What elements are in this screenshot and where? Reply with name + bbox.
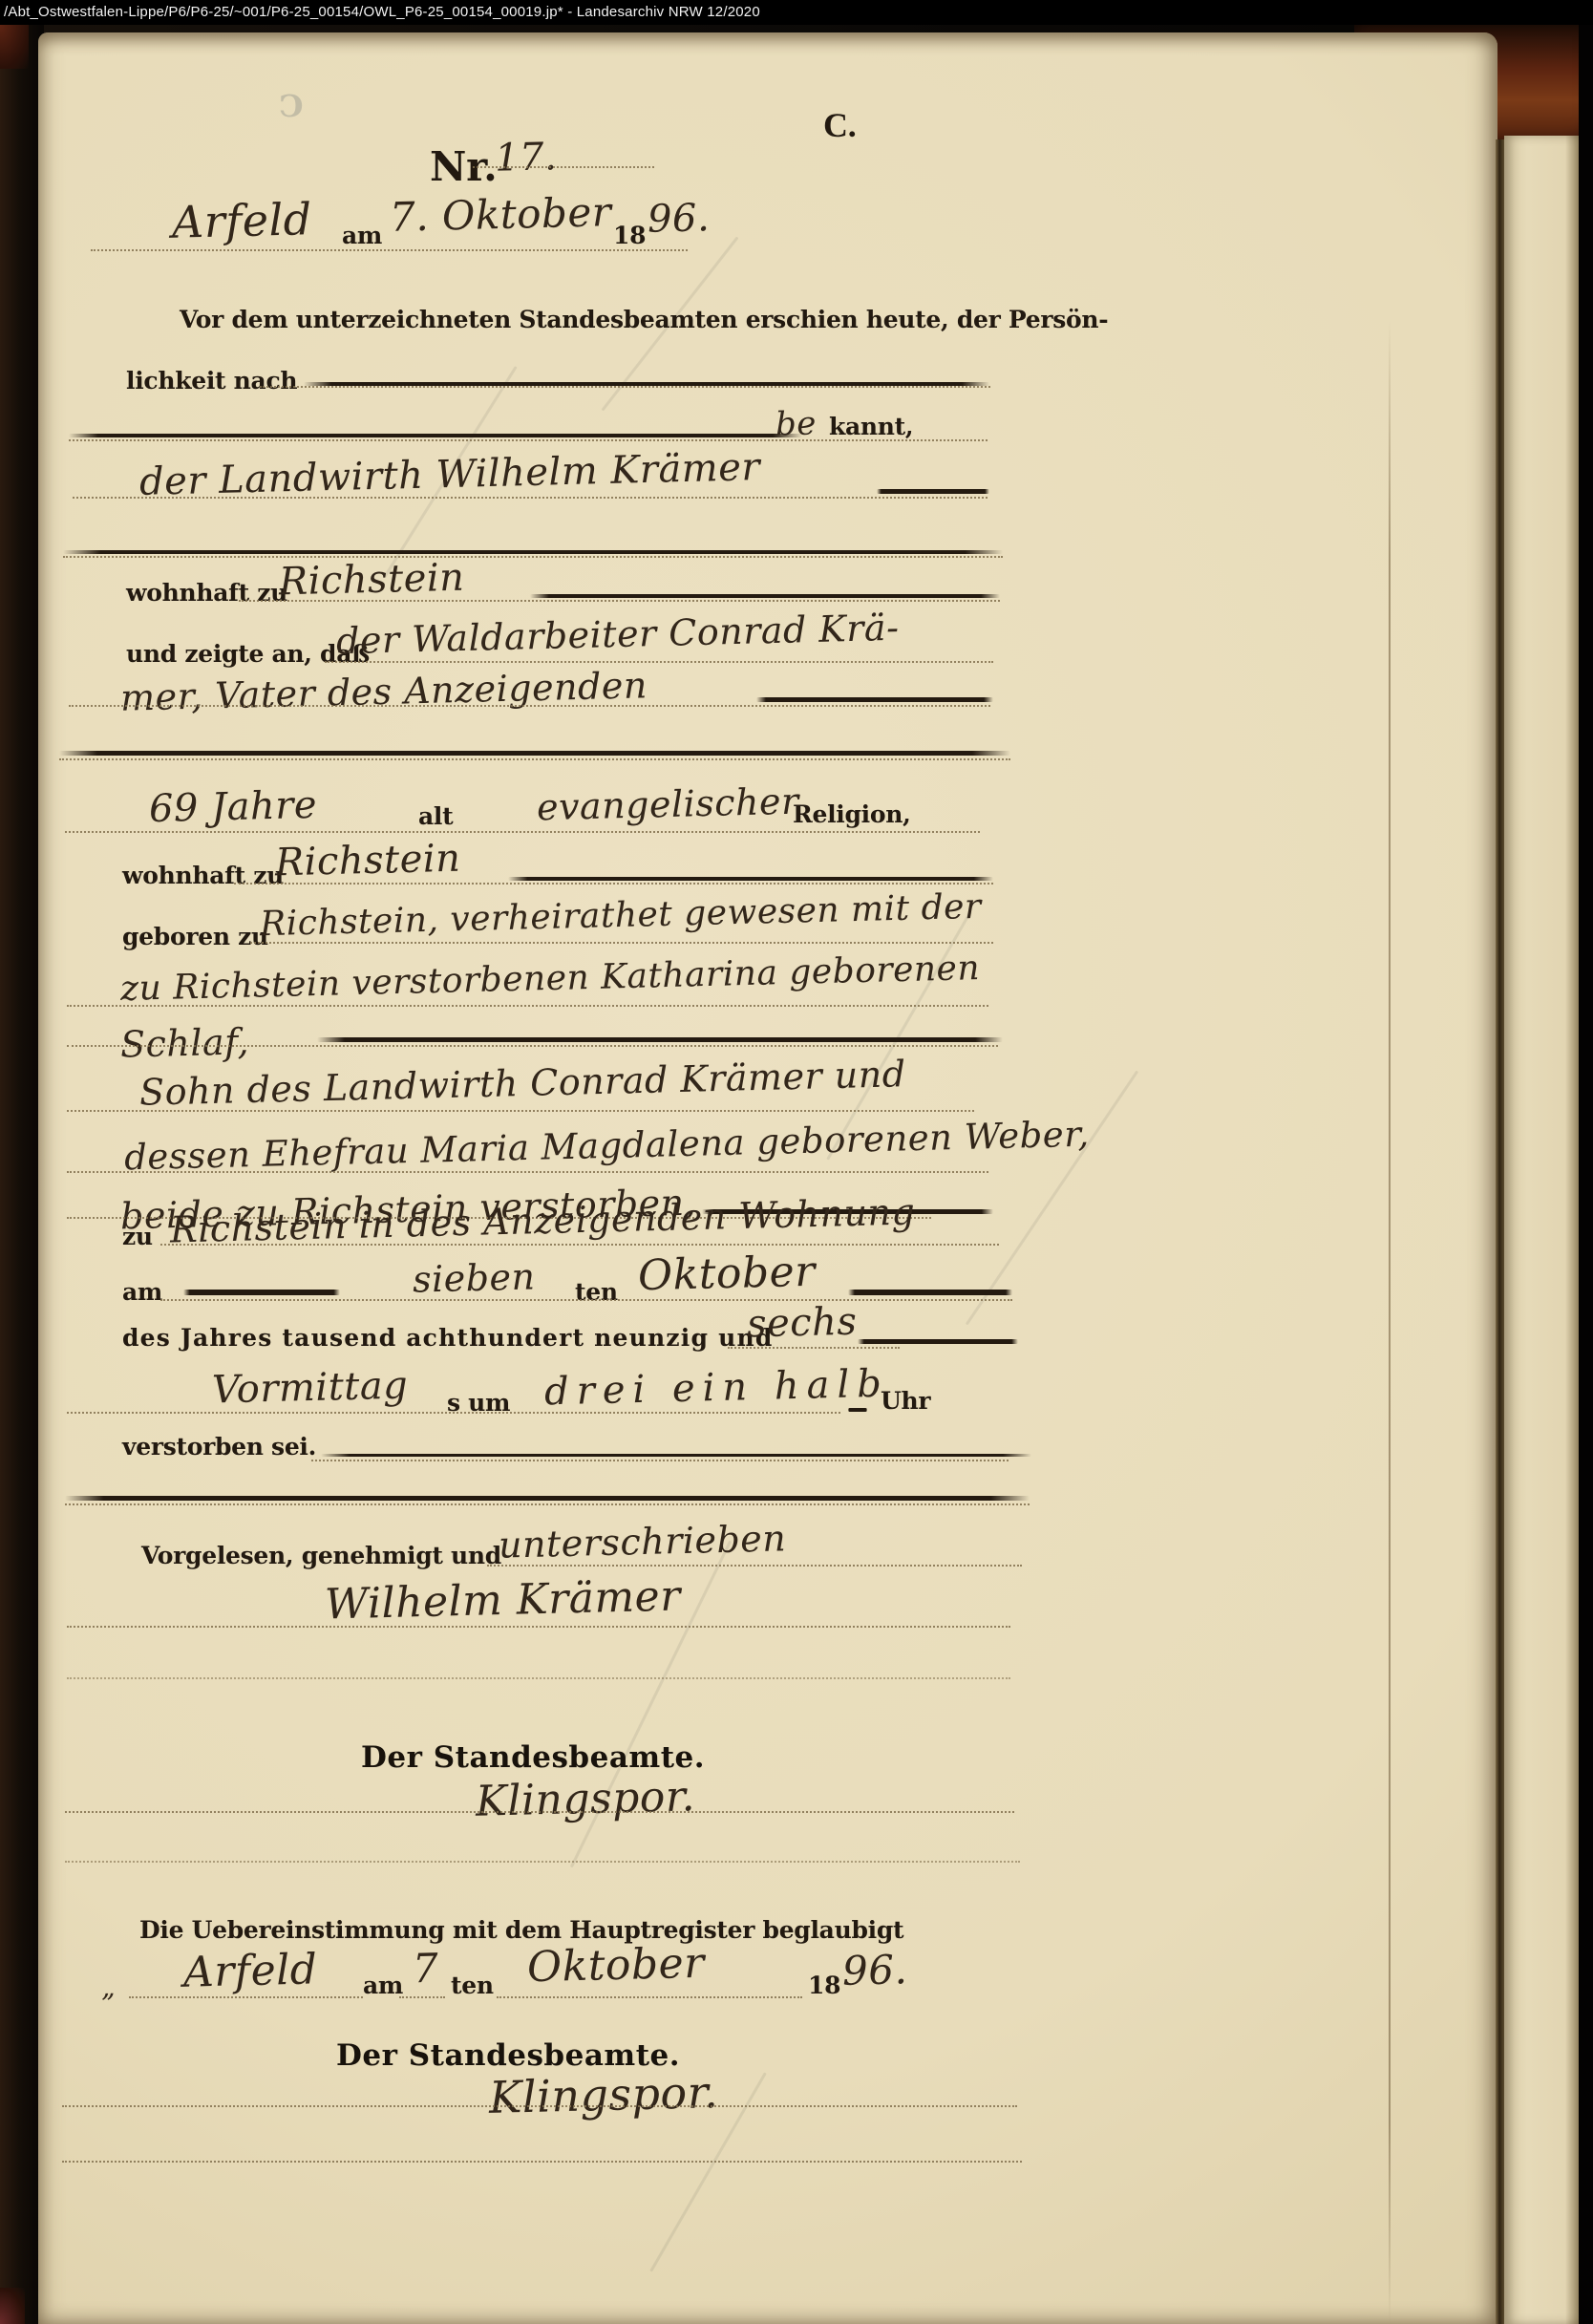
death-month-hand: Oktober xyxy=(637,1247,816,1301)
attest-place-hand: Arfeld xyxy=(182,1945,318,1996)
declarant-signature: Wilhelm Krämer xyxy=(324,1571,681,1629)
spine-red-accent-top xyxy=(0,25,29,69)
attest-year-hand: 96. xyxy=(841,1946,907,1994)
dotted-line xyxy=(63,556,1003,558)
dotted-line xyxy=(62,2161,1022,2163)
record-day-hand: 7. Oktober xyxy=(389,188,611,241)
wohnhaft2-value-hand: Richstein xyxy=(274,837,460,885)
dotted-line xyxy=(67,1005,988,1007)
religion-label: Religion, xyxy=(793,800,911,828)
geboren-hand-line1: Richstein, verheirathet gewesen mit der xyxy=(260,887,982,944)
ort-label: zu xyxy=(122,1223,153,1250)
religion-hand: evangelischer xyxy=(537,780,800,829)
dotted-line xyxy=(325,661,993,663)
dotted-line xyxy=(473,166,654,168)
bleed-through-stroke xyxy=(966,1071,1138,1326)
alt-label: alt xyxy=(418,802,453,830)
ruled-line xyxy=(63,550,1003,554)
parents-hand-line2: dessen Ehefrau Maria Magdalena geborenen… xyxy=(124,1114,1090,1179)
dotted-line xyxy=(65,1503,1030,1505)
dotted-line xyxy=(67,1626,1010,1628)
wohnhaft-value-hand: Richstein xyxy=(278,556,464,605)
wohnhaft2-label: wohnhaft zu xyxy=(122,862,284,889)
ruled-line xyxy=(756,697,993,702)
spine-red-accent-bottom xyxy=(0,2288,25,2324)
dotted-line xyxy=(73,497,988,499)
jahr-hand: sechs xyxy=(746,1300,857,1347)
dotted-line xyxy=(65,1861,1020,1863)
book-gutter xyxy=(1496,139,1504,2324)
vorgelesen-hand: unterschrieben xyxy=(499,1517,787,1566)
uhr-label: Uhr xyxy=(881,1387,930,1415)
registrar-title: Der Standesbeamte. xyxy=(361,1740,705,1775)
geboren-label: geboren zu xyxy=(122,923,268,950)
bleed-through-letter: C xyxy=(279,88,303,124)
dotted-line xyxy=(129,1996,363,1998)
attest-ten-label: ten xyxy=(451,1972,494,1999)
ruled-line xyxy=(858,1339,1018,1344)
jahr-label: des Jahres tausend achthundert neunzig u… xyxy=(122,1324,774,1352)
registrar-signature: Klingspor. xyxy=(475,1772,695,1826)
dotted-line xyxy=(67,1171,988,1173)
dotted-line xyxy=(260,386,990,388)
geboren-hand-line3: Schlaf, xyxy=(119,1020,249,1065)
death-day-hand: sieben xyxy=(412,1255,535,1300)
attest-month-hand: Oktober xyxy=(526,1939,705,1993)
verstorben-label: verstorben sei. xyxy=(122,1433,316,1460)
bekannt-hand-prefix: be xyxy=(775,404,818,443)
ruled-line xyxy=(69,434,802,437)
dotted-line xyxy=(160,1244,999,1246)
dotted-line xyxy=(65,1811,1014,1813)
wohnhaft-label: wohnhaft zu xyxy=(126,579,287,607)
registry-page: C C. Nr. 17. Arfeld am 7. Oktober 18 96.… xyxy=(38,32,1497,2324)
zeigte-label: und zeigte an, daß xyxy=(126,640,370,668)
section-divider-line xyxy=(59,751,1010,756)
ruled-line xyxy=(317,1037,1003,1042)
intro-text-line2: lichkeit nach xyxy=(126,367,297,394)
ruled-line xyxy=(183,1290,340,1295)
dotted-line xyxy=(250,942,993,944)
parents-hand-line1: Sohn des Landwirth Conrad Krämer und xyxy=(139,1053,906,1114)
dotted-line xyxy=(69,705,990,707)
intro-text-line1: Vor dem unterzeichneten Standesbeamten e… xyxy=(180,306,1108,333)
dotted-line xyxy=(59,758,1010,760)
bekannt-printed: kannt, xyxy=(829,413,913,440)
ten-label: ten xyxy=(575,1278,618,1306)
dotted-line xyxy=(497,1996,802,1998)
ruled-line xyxy=(877,489,989,494)
next-page-edge xyxy=(1504,136,1581,2324)
attest-ditto-mark: „ xyxy=(101,1972,117,2003)
scan-background-right xyxy=(1579,25,1593,2324)
geboren-hand-line2: zu Richstein verstorbenen Katharina gebo… xyxy=(120,949,981,1009)
zeigte-hand-line1: der Waldarbeiter Conrad Krä- xyxy=(336,607,900,662)
registrar-signature-2: Klingspor. xyxy=(488,2066,718,2123)
dotted-line xyxy=(67,1110,974,1112)
dotted-line xyxy=(67,1677,1010,1679)
ruled-line xyxy=(321,1454,1031,1457)
death-am-label: am xyxy=(122,1278,162,1306)
attest-am-label: am xyxy=(363,1972,403,1999)
dotted-line xyxy=(239,600,1000,602)
titlebar-filepath: /Abt_Ostwestfalen-Lippe/P6/P6-25/~001/P6… xyxy=(4,4,760,20)
vorgelesen-label: Vorgelesen, genehmigt und xyxy=(141,1542,501,1569)
dotted-line xyxy=(67,1045,998,1047)
archive-viewer-window: /Abt_Ostwestfalen-Lippe/P6/P6-25/~001/P6… xyxy=(0,0,1593,2324)
window-titlebar: /Abt_Ostwestfalen-Lippe/P6/P6-25/~001/P6… xyxy=(0,0,1593,25)
dotted-line xyxy=(160,1299,1012,1301)
dotted-line xyxy=(311,1460,1009,1461)
dotted-line xyxy=(234,883,993,885)
year-hand-suffix: 96. xyxy=(647,196,710,242)
ruled-line xyxy=(530,594,1000,598)
dotted-line xyxy=(399,1996,445,1998)
dotted-line xyxy=(91,249,688,251)
record-place-hand: Arfeld xyxy=(171,193,312,248)
year-printed-prefix: 18 xyxy=(613,222,646,249)
age-hand: 69 Jahre xyxy=(148,783,317,831)
book-scan-area: C C. Nr. 17. Arfeld am 7. Oktober 18 96.… xyxy=(0,25,1593,2324)
ruled-line xyxy=(848,1290,1012,1295)
section-divider-line xyxy=(65,1496,1030,1501)
ruled-line xyxy=(848,1408,867,1412)
ruled-line xyxy=(508,877,993,881)
attest-label: Die Uebereinstimmung mit dem Hauptregist… xyxy=(139,1916,903,1944)
dotted-line xyxy=(62,2105,1017,2107)
dotted-line xyxy=(728,1347,900,1349)
attest-year-printed: 18 xyxy=(808,1972,840,1999)
attest-day-hand: 7 xyxy=(412,1945,438,1993)
dotted-line xyxy=(487,1565,1022,1567)
page-crease-line xyxy=(1389,319,1391,2324)
zeit-hand: Vormittag xyxy=(211,1363,408,1412)
dotted-line xyxy=(67,1412,840,1414)
declarant-name-hand: der Landwirth Wilhelm Krämer xyxy=(139,445,761,504)
record-number-value: 17. xyxy=(494,135,557,181)
dotted-line xyxy=(65,831,980,833)
am-label: am xyxy=(342,222,382,249)
zeigte-hand-line2: mer, Vater des Anzeigenden xyxy=(120,664,648,718)
page-corner-letter: C. xyxy=(823,105,856,145)
hour-hand: drei ein halb xyxy=(543,1362,889,1415)
